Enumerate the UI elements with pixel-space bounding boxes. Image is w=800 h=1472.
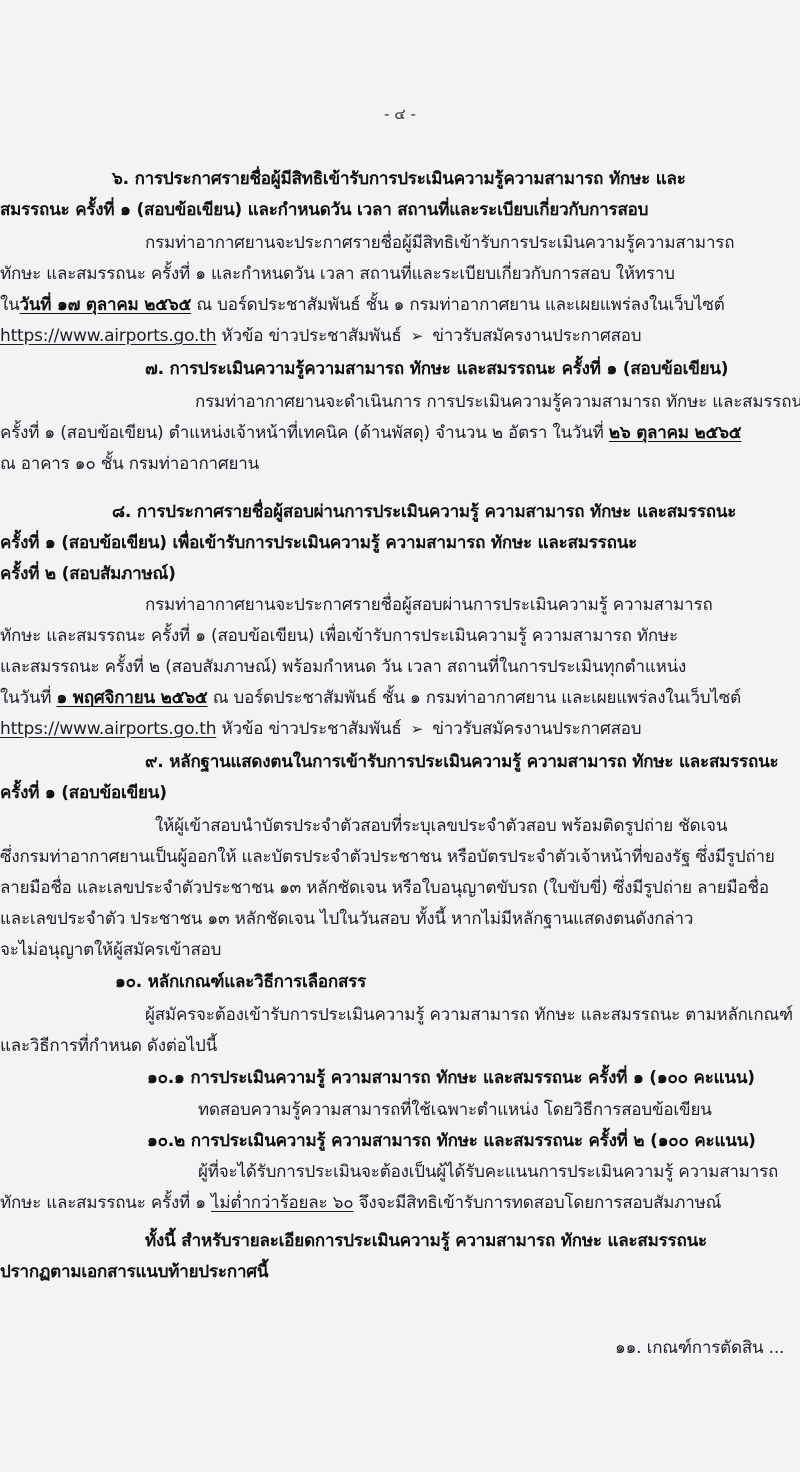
section-6-body-line-1: กรมท่าอากาศยานจะประกาศรายชื่อผู้มีสิทธิเ…	[145, 231, 734, 255]
section-8-body-line-1: กรมท่าอากาศยานจะประกาศรายชื่อผู้สอบผ่านก…	[145, 593, 713, 617]
airports-website-link[interactable]: https://www.airports.go.th	[0, 326, 216, 346]
section-6-heading-line-1: ๖. การประกาศรายชื่อผู้มีสิทธิเข้ารับการป…	[112, 167, 686, 191]
section-6-body-suffix: ณ บอร์ดประชาสัมพันธ์ ชั้น ๑ กรมท่าอากาศย…	[191, 295, 724, 315]
section-10-2-threshold: ไม่ต่ำกว่าร้อยละ ๖๐	[211, 1193, 353, 1213]
airports-website-link[interactable]: https://www.airports.go.th	[0, 719, 216, 739]
section-6-path-topic: หัวข้อ ข่าวประชาสัมพันธ์	[221, 326, 401, 346]
section-8-body-line-3: และสมรรถนะ ครั้งที่ ๒ (สอบสัมภาษณ์) พร้อ…	[0, 655, 686, 679]
section-7-exam-date: ๒๖ ตุลาคม ๒๕๖๕	[609, 423, 742, 443]
arrow-right-icon: ➢	[411, 324, 423, 348]
section-10-body-line-1: ผู้สมัครจะต้องเข้ารับการประเมินความรู้ ค…	[145, 1003, 793, 1027]
section-8-body-line-2: ทักษะ และสมรรถนะ ครั้งที่ ๑ (สอบข้อเขียน…	[0, 624, 678, 648]
section-10-1-heading: ๑๐.๑ การประเมินความรู้ ความสามารถ ทักษะ …	[147, 1066, 755, 1090]
section-8-heading-line-3: ครั้งที่ ๒ (สอบสัมภาษณ์)	[0, 562, 176, 586]
page-number: - ๔ -	[0, 102, 800, 126]
closing-line-2: ปรากฏตามเอกสารแนบท้ายประกาศนี้	[0, 1260, 268, 1284]
section-8-announce-date: ๑ พฤศจิกายน ๒๕๖๕	[57, 688, 208, 708]
section-8-link-line: https://www.airports.go.th หัวข้อ ข่าวปร…	[0, 717, 641, 741]
continuation-marker: ๑๑. เกณฑ์การตัดสิน ...	[615, 1336, 784, 1360]
section-9-heading-line-1: ๙. หลักฐานแสดงตนในการเข้ารับการประเมินคว…	[145, 750, 778, 774]
section-8-path-sub: ข่าวรับสมัครงานประกาศสอบ	[432, 719, 641, 739]
section-9-body-line-1: ให้ผู้เข้าสอบนำบัตรประจำตัวสอบที่ระบุเลข…	[155, 814, 727, 838]
section-6-body-prefix: ใน	[0, 295, 20, 315]
section-10-1-body: ทดสอบความรู้ความสามารถที่ใช้เฉพาะตำแหน่ง…	[198, 1098, 712, 1122]
section-10-2-body-prefix: ทักษะ และสมรรถนะ ครั้งที่ ๑	[0, 1193, 211, 1213]
section-6-announce-date: วันที่ ๑๗ ตุลาคม ๒๕๖๕	[20, 295, 192, 315]
section-10-body-line-2: และวิธีการที่กำหนด ดังต่อไปนี้	[0, 1034, 217, 1058]
section-8-body-suffix: ณ บอร์ดประชาสัมพันธ์ ชั้น ๑ กรมท่าอากาศย…	[208, 688, 741, 708]
section-9-heading-line-2: ครั้งที่ ๑ (สอบข้อเขียน)	[0, 781, 167, 805]
section-8-path-topic: หัวข้อ ข่าวประชาสัมพันธ์	[221, 719, 401, 739]
section-7-body-line-2: ครั้งที่ ๑ (สอบข้อเขียน) ตำแหน่งเจ้าหน้า…	[0, 421, 741, 445]
section-7-body-prefix: ครั้งที่ ๑ (สอบข้อเขียน) ตำแหน่งเจ้าหน้า…	[0, 423, 609, 443]
section-9-body-line-4: และเลขประจำตัว ประชาชน ๑๓ หลักชัดเจน ไปใ…	[0, 907, 693, 931]
section-6-body-line-3: ในวันที่ ๑๗ ตุลาคม ๒๕๖๕ ณ บอร์ดประชาสัมพ…	[0, 293, 725, 317]
section-8-heading-line-1: ๘. การประกาศรายชื่อผู้สอบผ่านการประเมินค…	[112, 500, 736, 524]
section-9-body-line-5: จะไม่อนุญาตให้ผู้สมัครเข้าสอบ	[0, 938, 221, 962]
section-6-link-line: https://www.airports.go.th หัวข้อ ข่าวปร…	[0, 324, 641, 348]
section-9-body-line-2: ซึ่งกรมท่าอากาศยานเป็นผู้ออกให้ และบัตรป…	[0, 845, 775, 869]
section-7-body-line-3: ณ อาคาร ๑๐ ชั้น กรมท่าอากาศยาน	[0, 452, 259, 476]
arrow-right-icon: ➢	[411, 717, 423, 741]
section-7-body-line-1: กรมท่าอากาศยานจะดำเนินการ การประเมินความ…	[195, 390, 800, 414]
section-7-heading: ๗. การประเมินความรู้ความสามารถ ทักษะ และ…	[145, 357, 728, 381]
document-page: - ๔ - ๖. การประกาศรายชื่อผู้มีสิทธิเข้าร…	[0, 0, 800, 1472]
section-10-2-body-line-2: ทักษะ และสมรรถนะ ครั้งที่ ๑ ไม่ต่ำกว่าร้…	[0, 1191, 721, 1215]
section-8-body-line-4: ในวันที่ ๑ พฤศจิกายน ๒๕๖๕ ณ บอร์ดประชาสั…	[0, 686, 741, 710]
closing-line-1: ทั้งนี้ สำหรับรายละเอียดการประเมินความรู…	[145, 1229, 707, 1253]
section-8-body-prefix: ในวันที่	[0, 688, 57, 708]
section-8-heading-line-2: ครั้งที่ ๑ (สอบข้อเขียน) เพื่อเข้ารับการ…	[0, 531, 637, 555]
section-10-2-body-suffix: จึงจะมีสิทธิเข้ารับการทดสอบโดยการสอบสัมภ…	[353, 1193, 721, 1213]
section-10-heading: ๑๐. หลักเกณฑ์และวิธีการเลือกสรร	[115, 970, 366, 994]
section-6-path-sub: ข่าวรับสมัครงานประกาศสอบ	[432, 326, 641, 346]
section-10-2-body-line-1: ผู้ที่จะได้รับการประเมินจะต้องเป็นผู้ได้…	[198, 1160, 778, 1184]
section-10-2-heading: ๑๐.๒ การประเมินความรู้ ความสามารถ ทักษะ …	[147, 1129, 756, 1153]
section-6-body-line-2: ทักษะ และสมรรถนะ ครั้งที่ ๑ และกำหนดวัน …	[0, 262, 675, 286]
section-6-heading-line-2: สมรรถนะ ครั้งที่ ๑ (สอบข้อเขียน) และกำหน…	[0, 198, 648, 222]
section-9-body-line-3: ลายมือชื่อ และเลขประจำตัวประชาชน ๑๓ หลัก…	[0, 876, 769, 900]
